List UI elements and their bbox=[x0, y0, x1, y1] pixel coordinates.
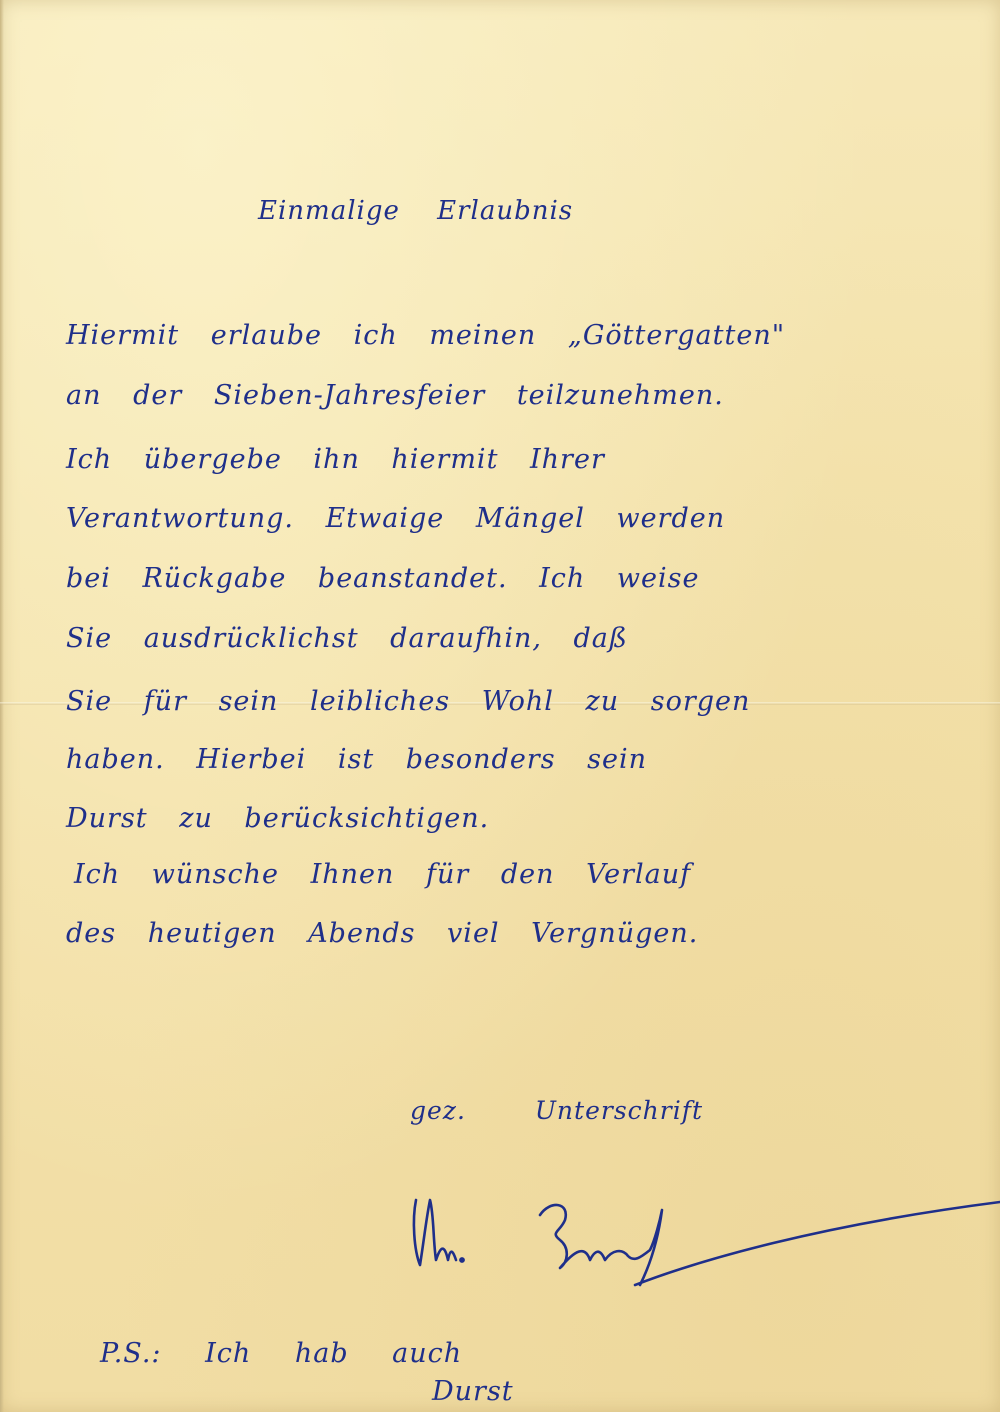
letter-line-5: bei Rückgabe beanstandet. Ich weise bbox=[66, 565, 699, 592]
letter-line-11: des heutigen Abends viel Vergnügen. bbox=[66, 920, 698, 947]
letter-line-2: an der Sieben-Jahresfeier teilzunehmen. bbox=[66, 382, 724, 409]
letter-line-8: haben. Hierbei ist besonders sein bbox=[66, 746, 647, 773]
letter-line-6: Sie ausdrücklichst daraufhin, daß bbox=[66, 625, 628, 652]
letter-title: Einmalige Erlaubnis bbox=[258, 198, 573, 224]
letter-line-1: Hiermit erlaube ich meinen „Göttergatten… bbox=[66, 322, 785, 349]
letter-line-10: Ich wünsche Ihnen für den Verlauf bbox=[74, 861, 691, 888]
postscript-line-1: P.S.: Ich hab auch bbox=[100, 1340, 462, 1367]
postscript-line-2: Durst bbox=[432, 1378, 514, 1405]
letter-line-9: Durst zu berücksichtigen. bbox=[66, 805, 489, 832]
scan-border bbox=[0, 1412, 1000, 1419]
letter-line-4: Verantwortung. Etwaige Mängel werden bbox=[66, 505, 725, 532]
letter-line-3: Ich übergebe ihn hiermit Ihrer bbox=[66, 446, 605, 473]
letter-line-7: Sie für sein leibliches Wohl zu sorgen bbox=[66, 688, 750, 715]
paper-left-edge bbox=[0, 0, 4, 1412]
closing-gez-unterschrift: gez. Unterschrift bbox=[410, 1098, 703, 1123]
